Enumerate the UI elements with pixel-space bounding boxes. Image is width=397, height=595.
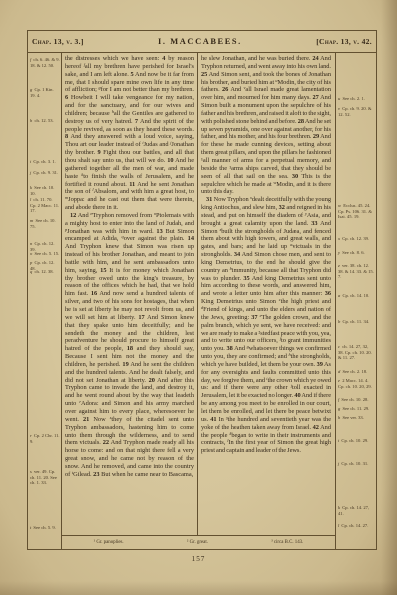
margin-note: f ch. 6. 46. & 9. 18. & 12. 50. xyxy=(30,57,60,68)
margin-note: h See ver. 33. xyxy=(338,415,375,421)
footnotes-row: ¹ Gr. panoplies. ² Gr. great. ³ circa B.… xyxy=(62,535,335,549)
margin-note: a Cp. ch. 14. 10. xyxy=(338,293,375,299)
margin-note: l Cp. ch. 14. 27. xyxy=(338,523,375,529)
verse-paragraph: the distresses which we have seen: 4 by … xyxy=(65,55,194,212)
right-text-column: he slew Jonathan, and he was buried ther… xyxy=(198,53,334,535)
verse-text-area: the distresses which we have seen: 4 by … xyxy=(62,53,335,535)
text-block-frame: Chap. 13, v. 3.] I. MACCABEES. [Chap. 13… xyxy=(27,30,377,550)
margin-note: w Ecclus. 45. 24. Cp. Ps. 106. 31. & Isa… xyxy=(338,203,375,220)
page-edge-shadow-right xyxy=(381,0,397,595)
margin-note: f See ch. 10. 28. xyxy=(338,397,375,403)
margin-note: z ver. 38. ch. 12. 38. & 14. 33. & 15. 7… xyxy=(338,263,375,280)
margin-note: x Cp. ch. 12. 39. xyxy=(338,236,375,242)
footnote: ² Gr. great. xyxy=(187,540,208,545)
margin-note: i Cp. ch. 10. 29. xyxy=(338,438,375,444)
margin-note: t See ch. 5. 9. xyxy=(30,525,60,531)
footnote: ³ circa B.C. 143. xyxy=(271,540,303,545)
margin-note: j Cp. ch. 10. 31. xyxy=(338,461,375,467)
margin-note: e 2 Macc. 14. 4. Cp. ch. 10. 20, 29. xyxy=(338,378,375,389)
left-text-column: the distresses which we have seen: 4 by … xyxy=(62,53,198,535)
margin-note: u See ch. 2. 1. xyxy=(338,96,375,102)
margin-note: k See ch. 10. 10. xyxy=(30,185,60,196)
margin-note: k Cp. ch. 14. 27, 41. xyxy=(338,505,375,516)
margin-note: c ch. 14. 27, 32, 38. Cp. ch. 10. 20. & … xyxy=(338,344,375,361)
margin-note: i Cp. ch. 3. 1. xyxy=(30,159,60,165)
left-margin-references: f ch. 6. 46. & 9. 18. & 12. 50. g Cp. 1 … xyxy=(28,53,62,549)
scanned-book-page: Chap. 13, v. 3.] I. MACCABEES. [Chap. 13… xyxy=(0,0,397,595)
margin-note: d See ch. 2. 18. xyxy=(338,369,375,375)
right-margin-references: u See ch. 2. 1. v Cp. ch. 9. 20. & 12. 5… xyxy=(335,53,376,549)
page-body: f ch. 6. 46. & 9. 18. & 12. 50. g Cp. 1 … xyxy=(28,53,376,549)
text-columns: the distresses which we have seen: 4 by … xyxy=(62,53,335,549)
footnote: ¹ Gr. panoplies. xyxy=(94,540,124,545)
running-head-left: Chap. 13, v. 3.] xyxy=(32,37,84,46)
margin-note: v Cp. ch. 9. 20. & 12. 52. xyxy=(338,106,375,117)
margin-note: g Cp. 1 Kin. 19. 4. xyxy=(30,87,60,98)
margin-note: m See ch. 10. 75. xyxy=(30,218,60,229)
running-head: Chap. 13, v. 3.] I. MACCABEES. [Chap. 13… xyxy=(28,31,376,53)
margin-note: h ch. 12. 53. xyxy=(30,118,60,124)
margin-note: q ch. 12. 38. xyxy=(30,269,60,275)
margin-note: b Cp. ch. 11. 34. xyxy=(338,319,375,325)
verse-paragraph: 12 And nTryphon removed from oPtolemais … xyxy=(65,212,194,479)
verse-paragraph: he slew Jonathan, and he was buried ther… xyxy=(201,55,331,196)
margin-note: y See ch. 8. 6. xyxy=(338,250,375,256)
margin-note: j Cp. ch. 9. 31. xyxy=(30,170,60,176)
margin-note: g See ch. 11. 29. xyxy=(338,406,375,412)
margin-note: s ver. 49. Cp. ch. 11. 20. See ch. 1. 33… xyxy=(30,469,60,486)
book-title: I. MACCABEES. xyxy=(158,37,242,46)
margin-note: o See ch. 5. 15. xyxy=(30,251,60,257)
running-head-right: [Chap. 13, v. 42. xyxy=(316,37,372,46)
verse-paragraph: 31 Now Tryphon xdealt deceitfully with t… xyxy=(201,196,331,455)
page-edge-shadow-bottom xyxy=(0,581,397,595)
margin-note: r Cp. 2 Chr. 11. 9. xyxy=(30,433,60,444)
page-number: 157 xyxy=(0,555,397,563)
margin-note: l ch. 11. 70. Cp. 2 Macc. 11. 17. xyxy=(30,197,60,214)
